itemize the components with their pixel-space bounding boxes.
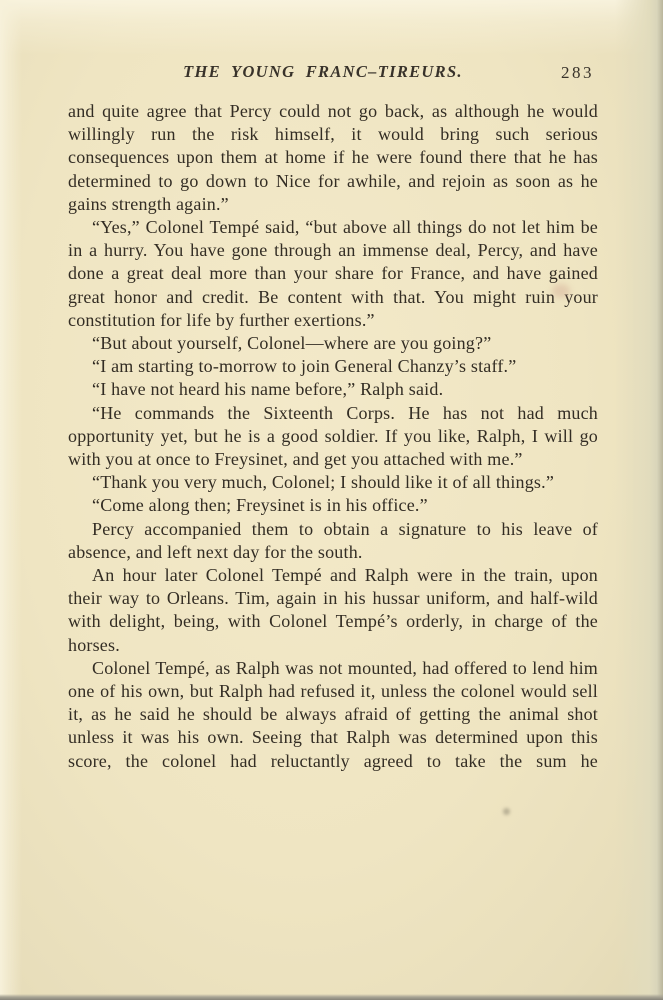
text-block: and quite agree that Percy could not go … [68, 100, 598, 773]
page-number: 283 [561, 63, 594, 83]
paragraph: “Thank you very much, Colonel; I should … [68, 471, 598, 494]
paragraph: and quite agree that Percy could not go … [68, 100, 598, 216]
scan-speck [503, 808, 510, 815]
paragraph: Percy accompanied them to obtain a signa… [68, 518, 598, 564]
paragraph: Colonel Tempé, as Ralph was not mounted,… [68, 657, 598, 773]
paragraph: “Come along then; Freysinet is in his of… [68, 494, 598, 517]
paragraph: An hour later Colonel Tempé and Ralph we… [68, 564, 598, 657]
paragraph: “He commands the Sixteenth Corps. He has… [68, 402, 598, 472]
paragraph: “Yes,” Colonel Tempé said, “but above al… [68, 216, 598, 332]
running-header: THE YOUNG FRANC–TIREURS. 283 [68, 62, 598, 88]
book-page-scan: THE YOUNG FRANC–TIREURS. 283 and quite a… [0, 0, 663, 1000]
running-title: THE YOUNG FRANC–TIREURS. [58, 62, 588, 82]
paragraph: “But about yourself, Colonel—where are y… [68, 332, 598, 355]
paragraph: “I have not heard his name before,” Ralp… [68, 378, 598, 401]
paragraph: “I am starting to-morrow to join General… [68, 355, 598, 378]
